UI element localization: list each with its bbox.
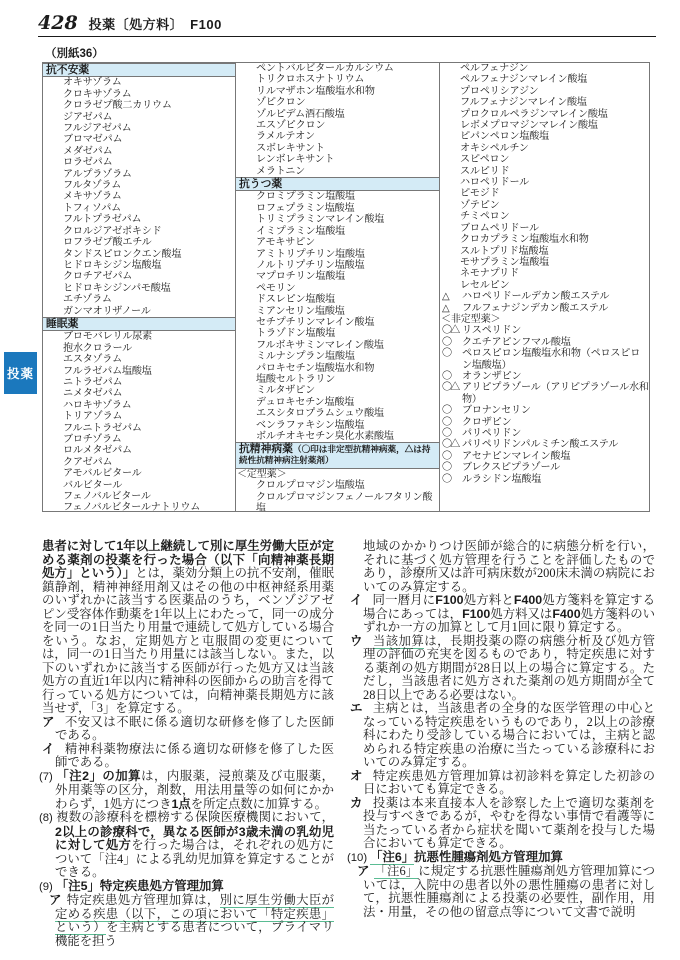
drug-name: ＜定型薬＞	[237, 469, 286, 480]
drug-name: ボルチオキセチン臭化水素酸塩	[256, 431, 394, 442]
drug-name: パロキセチン塩酸塩水和物	[256, 363, 374, 374]
text-run: F400	[514, 593, 542, 607]
drug-name: ゾピクロン	[256, 97, 305, 108]
text-run: 「注5」特定疾患処方管理加算	[56, 879, 224, 893]
table-row: ヒドロキシジン塩酸塩	[43, 260, 235, 271]
text-run: を所定点数に加算する。	[191, 797, 327, 811]
atypical-mark: 〇	[442, 417, 450, 428]
drug-name: フルフェナジンマレイン酸塩	[460, 97, 587, 108]
table-row: エスシタロプラムシュウ酸塩	[236, 408, 439, 419]
para-text: 「注6」抗悪性腫瘍剤処方管理加算	[370, 850, 563, 865]
drug-name: 抗うつ薬	[239, 178, 282, 190]
drug-name: ペントバルビタールカルシウム	[256, 63, 394, 74]
drug-name: フルタゾラム	[63, 180, 121, 191]
table-row: ベンラファキシン塩酸塩	[236, 420, 439, 431]
table-row: フルニトラゼパム	[43, 423, 235, 434]
drug-name: フルフェナジンデカン酸エステル	[462, 303, 608, 314]
drug-name: ゾルピデム酒石酸塩	[256, 109, 345, 120]
table-row: スルピリド	[440, 166, 649, 177]
drug-name: フルニトラゼパム	[63, 423, 142, 434]
paragraph: ア「注6」に規定する抗悪性腫瘍剤処方管理加算については，入院中の患者以外の悪性腫…	[350, 865, 655, 919]
table-row: レセルピン	[440, 280, 649, 291]
text-run: 主病とは，当該患者の全身的な医学管理の中心となっている特定疾患をいうものであり，…	[363, 701, 655, 769]
table-row: メキサゾラム	[43, 191, 235, 202]
table-row: 〇ブレクスピプラゾール	[440, 462, 649, 473]
table-row: 抗精神病薬（〇印は非定型抗精神病薬，△は持続性抗精神病注射薬剤）	[236, 442, 439, 469]
header-rule	[38, 36, 656, 37]
drug-name: ピモジド	[460, 188, 500, 199]
para-text: 「注6」に規定する抗悪性腫瘍剤処方管理加算については，入院中の患者以外の悪性腫瘍…	[363, 864, 655, 919]
table-row: 抗うつ薬	[236, 177, 439, 191]
drug-name: バルビタール	[63, 480, 122, 491]
drug-name: ラメルテオン	[256, 131, 315, 142]
table-row: 〇△パリペリドンパルミチン酸エステル	[440, 439, 649, 450]
para-label: (10)	[347, 852, 367, 864]
table-row: オキシペルチン	[440, 143, 649, 154]
paragraph: エ主病とは，当該患者の全身的な医学管理の中心となっている特定疾患をいうものであり…	[350, 702, 655, 770]
table-row: エスゾピクロン	[236, 120, 439, 131]
table-row: レボメプロマジンマレイン酸塩	[440, 120, 649, 131]
table-row: デュロキセチン塩酸塩	[236, 397, 439, 408]
drug-name: ブロチゾラム	[63, 434, 122, 445]
table-row: 〇ペロスピロン塩酸塩水和物（ペロスピロン塩酸塩）	[440, 348, 649, 371]
drug-name: ニトラゼパム	[63, 377, 122, 388]
para-text: 投薬は本来直接本人を診察した上で適切な薬剤を投与すべきであるが，やむを得ない事情…	[363, 796, 655, 851]
text-run: F100	[435, 593, 463, 607]
table-row: フルジアゼパム	[43, 123, 235, 134]
table-row: チミペロン	[440, 211, 649, 222]
drug-name: ロルメタゼパム	[63, 445, 132, 456]
paragraph: (10)「注6」抗悪性腫瘍剤処方管理加算	[350, 851, 655, 866]
text-run: 投薬は本来直接本人を診察した上で適切な薬剤を投与すべきであるが，やむを得ない事情…	[363, 796, 655, 851]
table-row: クロキサゾラム	[43, 89, 235, 100]
table-row: ハロペリドール	[440, 177, 649, 188]
table-row: エスタゾラム	[43, 354, 235, 365]
table-row: フルボキサミンマレイン酸塩	[236, 340, 439, 351]
table-row: ペモリン	[236, 283, 439, 294]
drug-name: メキサゾラム	[63, 191, 122, 202]
drug-name: フルラゼパム塩酸塩	[63, 366, 152, 377]
atypical-mark: △	[442, 303, 448, 314]
paragraph: オ特定疾患処方管理加算は初診料を算定した初診の日においても算定できる。	[350, 770, 655, 797]
drug-name: 抗精神病薬	[239, 443, 293, 455]
table-row: ジアゼパム	[43, 112, 235, 123]
text-run: とは，薬効分類上の抗不安剤，催眠鎮静剤，精神神経用剤又はその他の中枢神経系用薬の…	[42, 566, 334, 715]
table-row: ヒドロキシジンパモ酸塩	[43, 283, 235, 294]
drug-name: クアゼパム	[63, 457, 112, 468]
paragraph: ウ当該加算は，長期投薬の際の病態分析及び処方管理の評価の充実を図るものであり，特…	[350, 635, 655, 703]
paragraph: (8)複数の診療科を標榜する保険医療機関において，2以上の診療科で，異なる医師が…	[42, 811, 334, 880]
table-row: エチゾラム	[43, 294, 235, 305]
table-row: マプロチリン塩酸塩	[236, 271, 439, 282]
drug-name: ヒドロキシジンパモ酸塩	[63, 283, 171, 294]
drug-name: ブロナンセリン	[462, 405, 531, 416]
table-row: 〇クエチアピンフマル酸塩	[440, 337, 649, 348]
drug-name: リルマザホン塩酸塩水和物	[256, 86, 375, 97]
atypical-mark: 〇	[442, 474, 450, 485]
drug-name: アセナピンマレイン酸塩	[462, 451, 570, 462]
page-header: 428 投薬〔処方料〕 F100	[38, 12, 222, 34]
text-run: 地域のかかりつけ医師が総合的に病態分析を行い，それに基づく処方管理を行うことを評…	[363, 539, 655, 594]
table-row: ゾテピン	[440, 200, 649, 211]
table-row: ニトラゼパム	[43, 377, 235, 388]
table-row: ノルトリプチリン塩酸塩	[236, 260, 439, 271]
para-text: 特定疾患処方管理加算は，別に厚生労働大臣が定める疾患（以下，この項において「特定…	[55, 893, 334, 948]
table-row: ボルチオキセチン臭化水素酸塩	[236, 431, 439, 442]
drug-name: トリミプラミンマレイン酸塩	[256, 214, 384, 225]
drug-name: モサプラミン塩酸塩	[460, 257, 549, 268]
drug-name: スルピリド	[460, 166, 509, 177]
drug-name: ブロムペリドール	[460, 223, 539, 234]
table-row: 〇△アリピプラゾール（アリピプラゾール水和物）	[440, 382, 649, 405]
table-row: アミトリプチリン塩酸塩	[236, 249, 439, 260]
drug-name: クロミプラミン塩酸塩	[256, 191, 355, 202]
table-row: ロラゼパム	[43, 157, 235, 168]
table-row: フルトプラゼパム	[43, 214, 235, 225]
table-row: トリアゾラム	[43, 411, 235, 422]
drug-name: メラトニン	[256, 166, 305, 177]
drug-name: クロルジアゼポキシド	[63, 226, 161, 237]
drug-name: レセルピン	[460, 280, 509, 291]
para-text: 同一暦月にF100処方料とF400処方箋料を算定する場合にあっては，F100処方…	[363, 593, 655, 634]
drug-name: エチゾラム	[63, 294, 112, 305]
drug-name: ベンラファキシン塩酸塩	[256, 420, 364, 431]
atypical-mark: 〇	[442, 337, 450, 348]
text-run: 1点	[171, 797, 190, 811]
table-row: フルラゼパム塩酸塩	[43, 366, 235, 377]
para-label: (7)	[39, 771, 53, 783]
para-text: 特定疾患処方管理加算は初診料を算定した初診の日においても算定できる。	[363, 769, 655, 797]
drug-name: クロラゼプ酸二カリウム	[63, 100, 172, 111]
atypical-mark: 〇	[442, 405, 450, 416]
table-row: 〇ブロナンセリン	[440, 405, 649, 416]
drug-name: ガンマオリザノール	[63, 306, 151, 317]
drug-name: アミトリプチリン塩酸塩	[256, 249, 365, 260]
drug-name: ミルタザピン	[256, 385, 315, 396]
drug-name: ブレクスピプラゾール	[462, 462, 560, 473]
table-row: メダゼパム	[43, 146, 235, 157]
atypical-mark: 〇	[442, 462, 450, 473]
drug-table-column-2: ペントバルビタールカルシウム トリクロホスナトリウム リルマザホン塩酸塩水和物 …	[236, 63, 440, 511]
text-run: 処方料又は	[490, 607, 552, 621]
drug-name: クエチアピンフマル酸塩	[462, 337, 571, 348]
drug-name: 抗不安薬	[46, 64, 89, 76]
drug-name: ロフラゼプ酸エチル	[63, 237, 152, 248]
table-row: セチプチリンマレイン酸塩	[236, 317, 439, 328]
drug-name: ペモリン	[256, 283, 296, 294]
table-row: ペルフェナジン	[440, 63, 649, 74]
body-left-column: 患者に対して1年以上継続して別に厚生労働大臣が定める薬剤の投薬を行った場合（以下…	[42, 540, 334, 948]
table-row: ドスレピン塩酸塩	[236, 294, 439, 305]
drug-name: オキサゾラム	[63, 77, 122, 88]
table-row: スボレキサント	[236, 143, 439, 154]
para-text: 複数の診療科を標榜する保険医療機関において，2以上の診療科で，異なる医師が3歳未…	[55, 810, 334, 879]
table-row: クロルプロマジンフェノールフタリン酸塩	[236, 492, 439, 511]
table-row: クロチアゼパム	[43, 271, 235, 282]
table-row: トラゾドン塩酸塩	[236, 328, 439, 339]
table-row: ＜非定型薬＞	[440, 314, 649, 325]
table-row: ロルメタゼパム	[43, 445, 235, 456]
para-text: 「注5」特定疾患処方管理加算	[56, 879, 224, 893]
table-row: ニメタゼパム	[43, 388, 235, 399]
table-row: プロペリシアジン	[440, 86, 649, 97]
text-run: 同一暦月に	[373, 593, 436, 607]
drug-name: スルトプリド塩酸塩	[460, 246, 548, 257]
drug-name: ミアンセリン塩酸塩	[256, 306, 345, 317]
drug-name: メダゼパム	[63, 146, 112, 157]
atypical-mark: △	[442, 291, 448, 302]
table-row: 抗不安薬	[43, 63, 235, 77]
drug-name: ハロペリドールデカン酸エステル	[462, 291, 609, 302]
para-text: 患者に対して1年以上継続して別に厚生労働大臣が定める薬剤の投薬を行った場合（以下…	[42, 539, 334, 715]
drug-name: フェノバルビタール	[63, 491, 151, 502]
table-row: クロルプロマジン塩酸塩	[236, 480, 439, 491]
text-run: 処方料と	[464, 593, 514, 607]
table-row: ロフラゼプ酸エチル	[43, 237, 235, 248]
drug-name: ペロスピロン塩酸塩水和物（ペロスピロン塩酸塩）	[462, 348, 640, 370]
drug-name: タンドスピロンクエン酸塩	[63, 249, 181, 260]
drug-name: アルプラゾラム	[63, 169, 132, 180]
table-row: パロキセチン塩酸塩水和物	[236, 363, 439, 374]
drug-name: プロペリシアジン	[460, 86, 539, 97]
page-number: 428	[38, 12, 78, 34]
table-row: フェノバルビタールナトリウム	[43, 502, 235, 511]
table-row: ペントバルビタールカルシウム	[236, 63, 439, 74]
drug-name: ジアゼパム	[63, 112, 112, 123]
table-row: ハロキサゾラム	[43, 400, 235, 411]
atypical-mark: 〇	[442, 451, 450, 462]
text-run: 不安又は不眠に係る適切な研修を修了した医師である。	[55, 715, 334, 743]
paragraph: (9)「注5」特定疾患処方管理加算	[42, 880, 334, 895]
drug-name: プロクロルペラジンマレイン酸塩	[460, 109, 608, 120]
atypical-mark: 〇	[442, 371, 450, 382]
drug-name: ペルフェナジンマレイン酸塩	[460, 74, 587, 85]
table-row: ゾピクロン	[236, 97, 439, 108]
para-text: 地域のかかりつけ医師が総合的に病態分析を行い，それに基づく処方管理を行うことを評…	[363, 539, 655, 594]
text-run: 特定疾患処方管理加算は初診料を算定した初診の日においても算定できる。	[363, 769, 655, 797]
drug-name: ニメタゼパム	[63, 388, 122, 399]
drug-name: レボメプロマジンマレイン酸塩	[460, 120, 598, 131]
atypical-mark: 〇	[442, 348, 450, 359]
drug-name: ノルトリプチリン塩酸塩	[256, 260, 364, 271]
drug-name: ネモナプリド	[460, 268, 519, 279]
drug-name: ゾテピン	[460, 200, 500, 211]
table-row: タンドスピロンクエン酸塩	[43, 249, 235, 260]
table-row: ペルフェナジンマレイン酸塩	[440, 74, 649, 85]
table-row: プロクロルペラジンマレイン酸塩	[440, 109, 649, 120]
drug-table: 抗不安薬 オキサゾラム クロキサゾラム クロラゼプ酸二カリウム ジアゼパム フル…	[42, 62, 650, 512]
para-label: (9)	[39, 881, 53, 893]
drug-name: ドスレピン塩酸塩	[256, 294, 335, 305]
drug-name: オランザピン	[462, 371, 521, 382]
para-text: 精神科薬物療法に係る適切な研修を修了した医師である。	[55, 742, 334, 770]
drug-name: ブロモバレリル尿素	[63, 331, 152, 342]
drug-name: トリアゾラム	[63, 411, 122, 422]
paragraph: イ同一暦月にF100処方料とF400処方箋料を算定する場合にあっては，F100処…	[350, 594, 655, 635]
text-run: 抗悪性腫瘍剤処方管理加算	[414, 850, 563, 864]
drug-name: フェノバルビタールナトリウム	[63, 502, 200, 511]
table-row: アルプラゾラム	[43, 169, 235, 180]
text-run: 「注6」	[370, 850, 414, 865]
table-row: 塩酸セルトラリン	[236, 374, 439, 385]
paragraph: イ精神科薬物療法に係る適切な研修を修了した医師である。	[42, 743, 334, 770]
drug-name: スボレキサント	[256, 143, 325, 154]
atypical-mark: 〇△	[442, 325, 458, 336]
table-row: 睡眠薬	[43, 317, 235, 331]
drug-name: イミプラミン塩酸塩	[256, 226, 345, 237]
drug-name: マプロチリン塩酸塩	[256, 271, 345, 282]
table-row: アモキサピン	[236, 237, 439, 248]
table-row: リルマザホン塩酸塩水和物	[236, 86, 439, 97]
table-row: クアゼパム	[43, 457, 235, 468]
drug-name: 塩酸セルトラリン	[256, 374, 335, 385]
table-row: 〇オランザピン	[440, 371, 649, 382]
drug-name: スピペロン	[460, 154, 509, 165]
drug-name: ロラゼパム	[63, 157, 112, 168]
drug-name: エスシタロプラムシュウ酸塩	[256, 408, 384, 419]
drug-name: ＜非定型薬＞	[441, 314, 500, 325]
table-row: ゾルピデム酒石酸塩	[236, 109, 439, 120]
drug-name: ピパンペロン塩酸塩	[460, 131, 549, 142]
drug-name: フルボキサミンマレイン酸塩	[256, 340, 384, 351]
drug-name: ペルフェナジン	[460, 63, 528, 74]
table-row: ピモジド	[440, 188, 649, 199]
drug-name: ハロキサゾラム	[63, 400, 132, 411]
drug-name: エスゾピクロン	[256, 120, 325, 131]
paragraph: 患者に対して1年以上継続して別に厚生労働大臣が定める薬剤の投薬を行った場合（以下…	[42, 540, 334, 716]
text-run: 「注2」の加算	[56, 769, 141, 783]
drug-name: ブロマゼパム	[63, 134, 122, 145]
drug-name: セチプチリンマレイン酸塩	[256, 317, 374, 328]
page-title: 投薬〔処方料〕 F100	[89, 14, 222, 33]
para-text: 不安又は不眠に係る適切な研修を修了した医師である。	[55, 715, 334, 743]
table-row: ＜定型薬＞	[236, 469, 439, 480]
table-row: ブロムペリドール	[440, 223, 649, 234]
table-row: アモバルビタール	[43, 468, 235, 479]
table-row: ブロチゾラム	[43, 434, 235, 445]
table-row: 抱水クロラール	[43, 343, 235, 354]
drug-name: ロフェプラミン塩酸塩	[256, 203, 354, 214]
drug-name: クロルプロマジン塩酸塩	[256, 480, 365, 491]
para-label: エ	[350, 701, 363, 715]
para-label: イ	[42, 742, 55, 756]
drug-name: トフィソパム	[63, 203, 121, 214]
table-row: レンボレキサント	[236, 154, 439, 165]
table-row: メラトニン	[236, 166, 439, 177]
paragraph: (7)「注2」の加算は，内服薬，浸煎薬及び屯服薬，外用薬等の区分，剤数，用法用量…	[42, 770, 334, 812]
table-row: 〇アセナピンマレイン酸塩	[440, 451, 649, 462]
paragraph: 地域のかかりつけ医師が総合的に病態分析を行い，それに基づく処方管理を行うことを評…	[350, 540, 655, 594]
atypical-mark: 〇	[442, 428, 450, 439]
table-row: ミルナシプラン塩酸塩	[236, 351, 439, 362]
table-row: 〇パリペリドン	[440, 428, 649, 439]
table-row: スルトプリド塩酸塩	[440, 246, 649, 257]
drug-name: パリペリドン	[462, 428, 521, 439]
drug-name: トラゾドン塩酸塩	[256, 328, 335, 339]
table-row: トフィソパム	[43, 203, 235, 214]
drug-name: エスタゾラム	[63, 354, 122, 365]
table-row: オキサゾラム	[43, 77, 235, 88]
table-row: フルタゾラム	[43, 180, 235, 191]
drug-name: フルジアゼパム	[63, 123, 132, 134]
para-label: オ	[350, 769, 363, 783]
para-text: 「注2」の加算は，内服薬，浸煎薬及び屯服薬，外用薬等の区分，剤数，用法用量等の如…	[55, 769, 334, 811]
para-label: ア	[357, 864, 369, 878]
drug-name: アリピプラゾール（アリピプラゾール水和物）	[462, 382, 649, 404]
drug-name: リスペリドン	[462, 325, 521, 336]
table-row: 〇クロザピン	[440, 417, 649, 428]
table-row: ミルタザピン	[236, 385, 439, 396]
drug-name: クロザピン	[462, 417, 511, 428]
drug-name: アモバルビタール	[63, 468, 142, 479]
atypical-mark: 〇△	[442, 382, 458, 393]
table-row: フェノバルビタール	[43, 491, 235, 502]
drug-name: フルトプラゼパム	[63, 214, 141, 225]
drug-name: チミペロン	[460, 211, 509, 222]
text-run: F400	[552, 607, 580, 621]
table-row: ピパンペロン塩酸塩	[440, 131, 649, 142]
para-label: (8)	[39, 812, 53, 824]
table-row: 〇ルラシドン塩酸塩	[440, 474, 649, 485]
drug-name: クロキサゾラム	[63, 89, 132, 100]
drug-name: オキシペルチン	[460, 143, 529, 154]
drug-name: デュロキセチン塩酸塩	[256, 397, 354, 408]
table-row: トリクロホスナトリウム	[236, 74, 439, 85]
drug-name: パリペリドンパルミチン酸エステル	[462, 439, 618, 450]
drug-name: アモキサピン	[256, 237, 315, 248]
table-row: イミプラミン塩酸塩	[236, 226, 439, 237]
table-row: クロカプラミン塩酸塩水和物	[440, 234, 649, 245]
drug-name: ルラシドン塩酸塩	[462, 474, 541, 485]
table-row: スピペロン	[440, 154, 649, 165]
para-text: 当該加算は，長期投薬の際の病態分析及び処方管理の評価の充実を図るものであり，特定…	[363, 634, 655, 702]
table-row: クロラゼプ酸二カリウム	[43, 100, 235, 111]
drug-name: ヒドロキシジン塩酸塩	[63, 260, 161, 271]
text-run: 特定疾患処方管理加算は，	[67, 893, 220, 907]
drug-table-column-3: ペルフェナジン ペルフェナジンマレイン酸塩 プロペリシアジン フルフェナジンマレ…	[440, 63, 649, 511]
drug-name: クロルプロマジンフェノールフタリン酸塩	[256, 492, 432, 511]
table-row: △ハロペリドールデカン酸エステル	[440, 291, 649, 302]
drug-name: ミルナシプラン塩酸塩	[256, 351, 355, 362]
table-row: トリミプラミンマレイン酸塩	[236, 214, 439, 225]
drug-name: 睡眠薬	[46, 318, 78, 330]
side-tab-touyaku: 投薬	[4, 352, 37, 394]
para-label: ア	[49, 893, 62, 907]
paragraph: ア不安又は不眠に係る適切な研修を修了した医師である。	[42, 716, 334, 743]
para-label: ウ	[350, 634, 363, 648]
drug-name: ハロペリドール	[460, 177, 529, 188]
para-label: イ	[350, 593, 363, 607]
para-text: 主病とは，当該患者の全身的な医学管理の中心となっている特定疾患をいうものであり，…	[363, 701, 655, 769]
atypical-mark: 〇△	[442, 439, 458, 450]
table-row: 〇△リスペリドン	[440, 325, 649, 336]
drug-name: トリクロホスナトリウム	[256, 74, 364, 85]
para-label: カ	[350, 796, 363, 810]
table-row: ラメルテオン	[236, 131, 439, 142]
table-row: ロフェプラミン塩酸塩	[236, 203, 439, 214]
table-row: フルフェナジンマレイン酸塩	[440, 97, 649, 108]
table-row: クロルジアゼポキシド	[43, 226, 235, 237]
text-run: 精神科薬物療法に係る適切な研修を修了した医師である。	[55, 742, 334, 770]
table-row: ブロモバレリル尿素	[43, 331, 235, 342]
drug-name: 抱水クロラール	[63, 343, 132, 354]
table-row: ガンマオリザノール	[43, 306, 235, 317]
drug-name: クロチアゼパム	[63, 271, 132, 282]
drug-name: クロカプラミン塩酸塩水和物	[460, 234, 589, 245]
paragraph: カ投薬は本来直接本人を診察した上で適切な薬剤を投与すべきであるが，やむを得ない事…	[350, 797, 655, 851]
table-row: ミアンセリン塩酸塩	[236, 306, 439, 317]
table-row: △フルフェナジンデカン酸エステル	[440, 303, 649, 314]
